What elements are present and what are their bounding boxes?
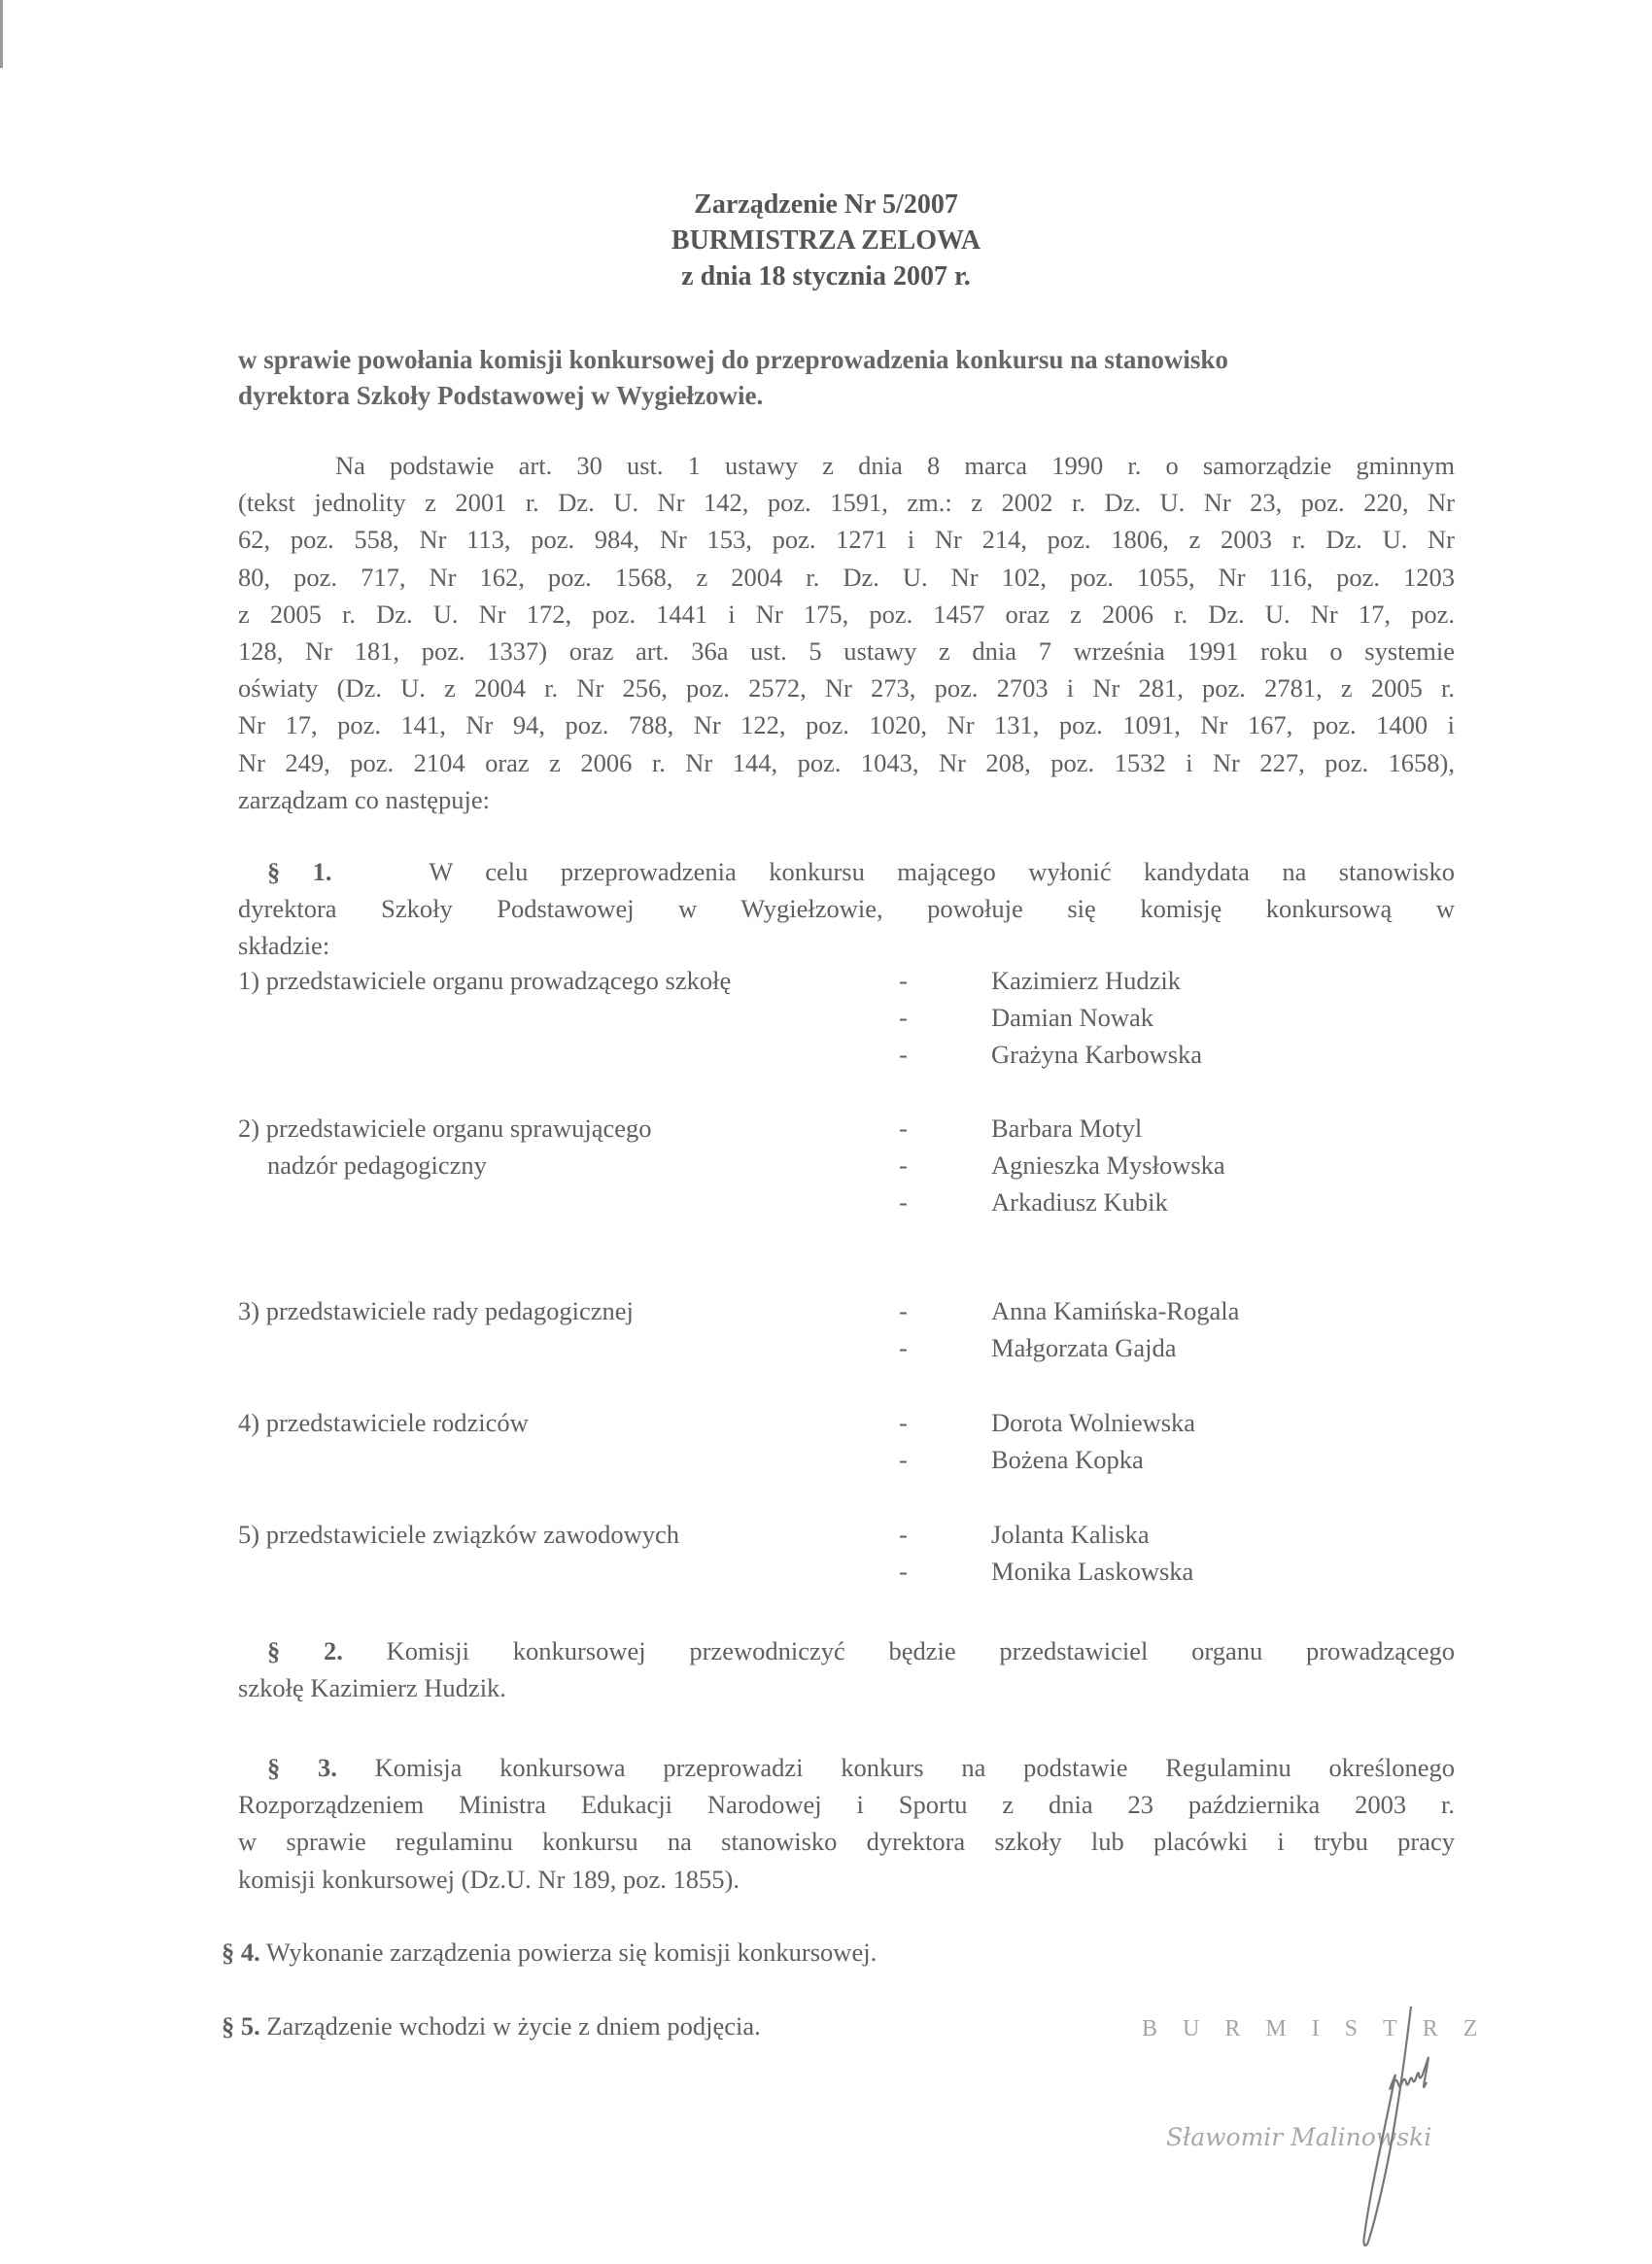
preamble-line: (tekst jednolity z 2001 r. Dz. U. Nr 142… <box>238 484 1455 521</box>
document-subject: w sprawie powołania komisji konkursowej … <box>238 342 1458 414</box>
group-members: -Kazimierz Hudzik -Damian Nowak -Grażyna… <box>991 962 1202 1073</box>
member: -Arkadiusz Kubik <box>991 1183 1225 1220</box>
group-label: 5) przedstawiciele związków zawodowych <box>238 1516 918 1553</box>
section-3-line: komisji konkursowej (Dz.U. Nr 189, poz. … <box>238 1861 1455 1898</box>
member: -Jolanta Kaliska <box>991 1516 1193 1553</box>
member: -Małgorzata Gajda <box>991 1329 1239 1366</box>
section-3-line: Rozporządzeniem Ministra Edukacji Narodo… <box>238 1786 1455 1823</box>
member: -Kazimierz Hudzik <box>991 962 1202 999</box>
section-1-line: składzie: <box>238 927 1455 964</box>
group-members: -Jolanta Kaliska -Monika Laskowska <box>991 1516 1193 1590</box>
preamble-line: oświaty (Dz. U. z 2004 r. Nr 256, poz. 2… <box>238 669 1455 706</box>
section-2-line: § 2. Komisji konkursowej przewodniczyć b… <box>238 1632 1455 1669</box>
member: -Barbara Motyl <box>991 1110 1225 1147</box>
preamble: Na podstawie art. 30 ust. 1 ustawy z dni… <box>238 447 1455 818</box>
section-2-line: szkołę Kazimierz Hudzik. <box>238 1669 1455 1706</box>
member: -Agnieszka Mysłowska <box>991 1147 1225 1183</box>
section-1-line: dyrektora Szkoły Podstawowej w Wygiełzow… <box>238 890 1455 927</box>
section-3-line: § 3. Komisja konkursowa przeprowadzi kon… <box>238 1749 1455 1786</box>
group-label: 3) przedstawiciele rady pedagogicznej <box>238 1292 918 1329</box>
preamble-line: 80, poz. 717, Nr 162, poz. 1568, z 2004 … <box>238 559 1455 596</box>
member: -Damian Nowak <box>991 999 1202 1036</box>
subject-line: dyrektora Szkoły Podstawowej w Wygiełzow… <box>238 378 1458 414</box>
preamble-line: zarządzam co następuje: <box>238 781 1455 818</box>
section-3: § 3. Komisja konkursowa przeprowadzi kon… <box>238 1749 1455 1898</box>
section-1: § 1. W celu przeprowadzenia konkursu maj… <box>238 853 1455 965</box>
group-members: -Dorota Wolniewska -Bożena Kopka <box>991 1404 1195 1478</box>
issuer: BURMISTRZA ZELOWA <box>0 223 1652 258</box>
group-label: 2) przedstawiciele organu sprawującegona… <box>238 1110 918 1183</box>
subject-line: w sprawie powołania komisji konkursowej … <box>238 342 1458 378</box>
section-4: § 4. Wykonanie zarządzenia powierza się … <box>222 1934 877 1971</box>
group-label: 4) przedstawiciele rodziców <box>238 1404 918 1441</box>
group-members: -Barbara Motyl -Agnieszka Mysłowska -Ark… <box>991 1110 1225 1220</box>
scan-edge-artifact <box>0 0 3 68</box>
group-members: -Anna Kamińska-Rogala -Małgorzata Gajda <box>991 1292 1239 1366</box>
ordinance-number: Zarządzenie Nr 5/2007 <box>0 187 1652 223</box>
preamble-line: Nr 17, poz. 141, Nr 94, poz. 788, Nr 122… <box>238 706 1455 743</box>
member: -Grażyna Karbowska <box>991 1036 1202 1073</box>
preamble-line: 128, Nr 181, poz. 1337) oraz art. 36a us… <box>238 633 1455 669</box>
signature-stamp: BURMISTRZ Sławomir Malinowski <box>1137 1977 1506 2220</box>
preamble-line: z 2005 r. Dz. U. Nr 172, poz. 1441 i Nr … <box>238 596 1455 633</box>
member: -Bożena Kopka <box>991 1441 1195 1478</box>
member: -Anna Kamińska-Rogala <box>991 1292 1239 1329</box>
document-header: Zarządzenie Nr 5/2007 BURMISTRZA ZELOWA … <box>0 187 1652 294</box>
section-mark: § 1. <box>267 857 332 886</box>
issue-date: z dnia 18 stycznia 2007 r. <box>0 258 1652 294</box>
section-5: § 5. Zarządzenie wchodzi w życie z dniem… <box>222 2007 761 2044</box>
section-3-line: w sprawie regulaminu konkursu na stanowi… <box>238 1823 1455 1860</box>
preamble-line: 62, poz. 558, Nr 113, poz. 984, Nr 153, … <box>238 521 1455 558</box>
preamble-line: Nr 249, poz. 2104 oraz z 2006 r. Nr 144,… <box>238 744 1455 781</box>
group-label: 1) przedstawiciele organu prowadzącego s… <box>238 962 918 999</box>
handwritten-signature <box>1137 1977 1506 2259</box>
section-1-line: § 1. W celu przeprowadzenia konkursu maj… <box>238 853 1455 890</box>
member: -Dorota Wolniewska <box>991 1404 1195 1441</box>
preamble-line: Na podstawie art. 30 ust. 1 ustawy z dni… <box>238 447 1455 484</box>
member: -Monika Laskowska <box>991 1553 1193 1590</box>
section-2: § 2. Komisji konkursowej przewodniczyć b… <box>238 1632 1455 1706</box>
